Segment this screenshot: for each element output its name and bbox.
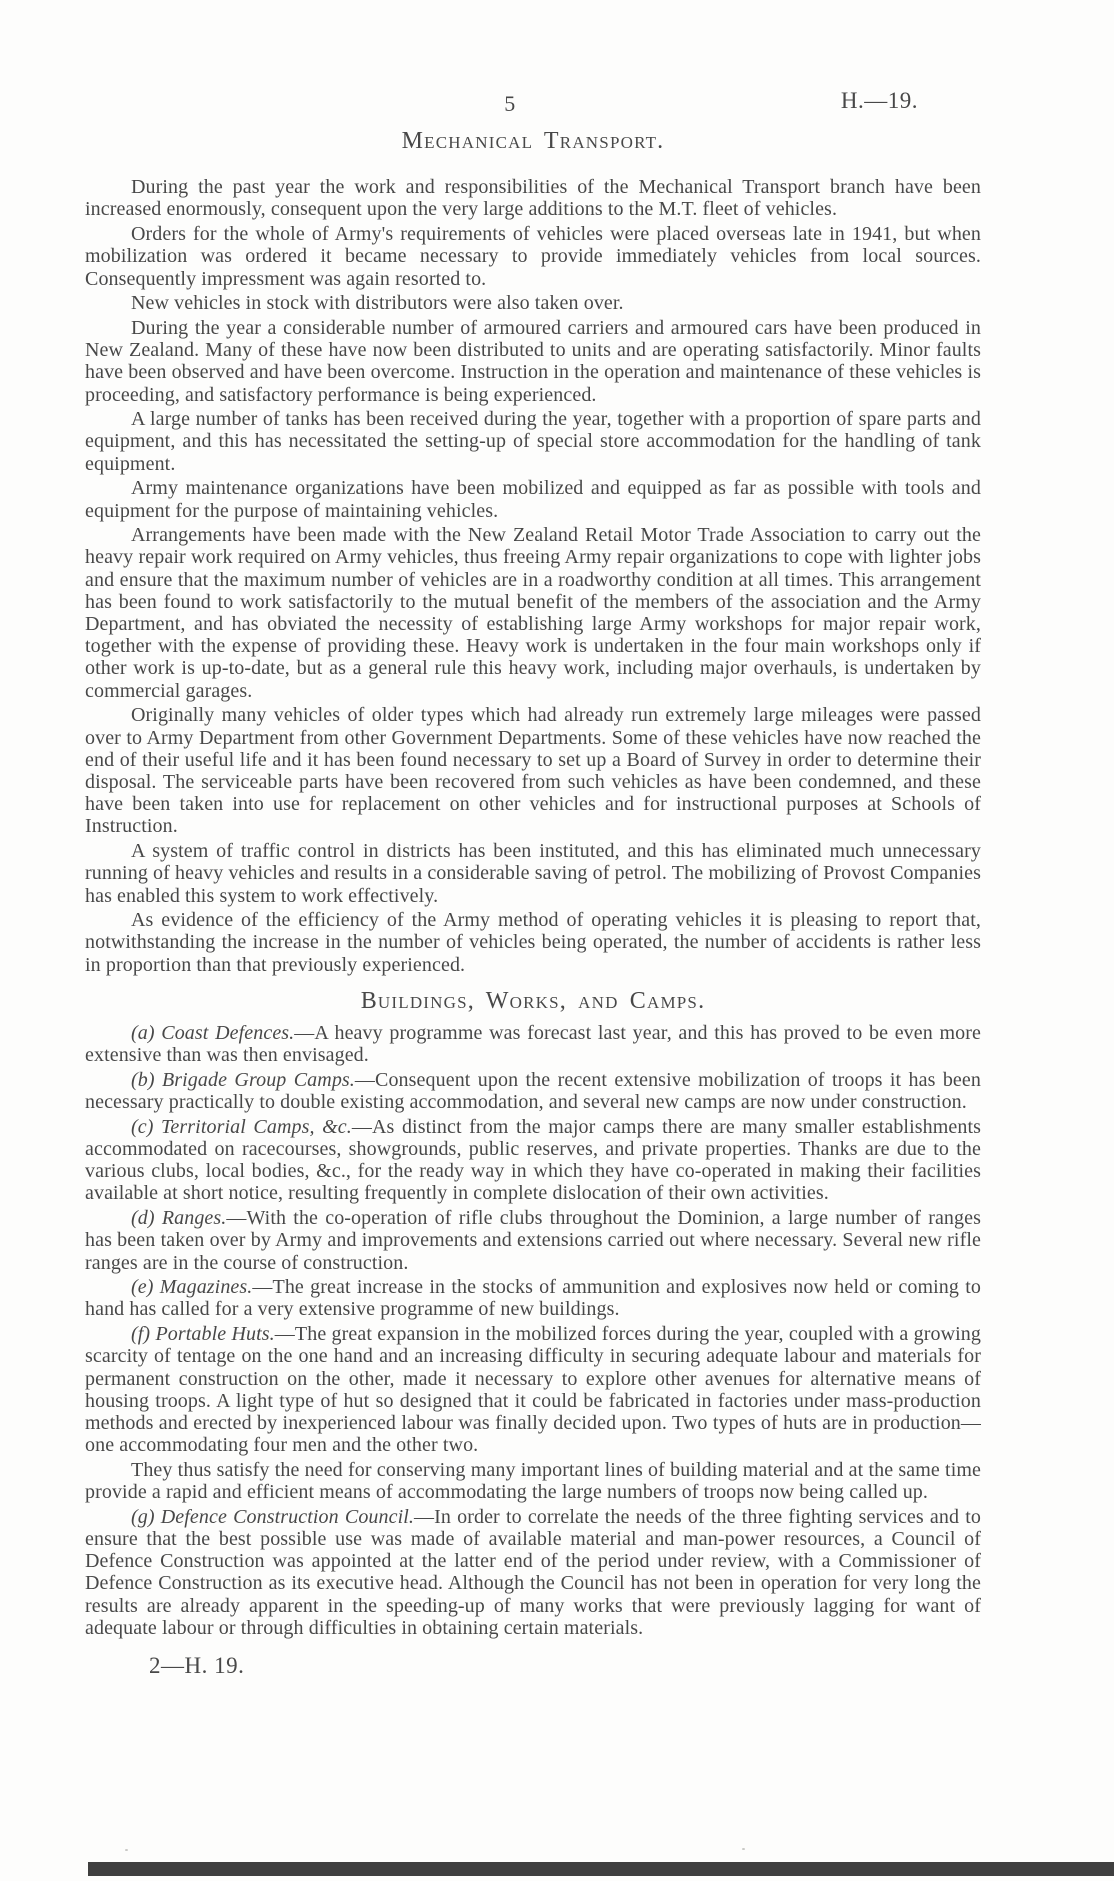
paragraph: Originally many vehicles of older types … xyxy=(85,704,981,837)
paragraph-lead: (g) Defence Construction Council. xyxy=(131,1506,414,1528)
scan-speck xyxy=(742,1848,745,1850)
scan-speck xyxy=(125,1849,128,1851)
paragraph-lead: (a) Coast Defences. xyxy=(131,1022,294,1044)
page-content: Mechanical Transport. During the past ye… xyxy=(85,0,981,1677)
paragraph-lead: (e) Magazines. xyxy=(131,1276,252,1298)
paragraph-lead: (d) Ranges. xyxy=(131,1207,226,1229)
paragraph: (f) Portable Huts.—The great expansion i… xyxy=(85,1323,981,1456)
paragraph: Arrangements have been made with the New… xyxy=(85,524,981,702)
scan-edge-bar xyxy=(88,1862,1114,1876)
document-page: 5 H.—19. Mechanical Transport. During th… xyxy=(0,0,1114,1881)
paragraph: New vehicles in stock with distributors … xyxy=(85,292,981,314)
paragraph: A large number of tanks has been receive… xyxy=(85,408,981,475)
paragraph-text: They thus satisfy the need for conservin… xyxy=(85,1459,981,1503)
paragraph-lead: (b) Brigade Group Camps. xyxy=(131,1069,355,1091)
paragraph: They thus satisfy the need for conservin… xyxy=(85,1459,981,1503)
paragraph: Army maintenance organizations have been… xyxy=(85,477,981,521)
section-heading-buildings-works-camps: Buildings, Works, and Camps. xyxy=(85,990,981,1012)
paragraph: (g) Defence Construction Council.—In ord… xyxy=(85,1506,981,1639)
paragraph: As evidence of the efficiency of the Arm… xyxy=(85,909,981,976)
paragraph: During the year a considerable number of… xyxy=(85,317,981,406)
paragraph-lead: (c) Territorial Camps, &c. xyxy=(131,1116,352,1138)
paragraph: During the past year the work and respon… xyxy=(85,176,981,220)
section-heading-mechanical-transport: Mechanical Transport. xyxy=(85,130,981,152)
paragraph: (e) Magazines.—The great increase in the… xyxy=(85,1276,981,1320)
paragraph: Orders for the whole of Army's requireme… xyxy=(85,223,981,290)
paragraph-lead: (f) Portable Huts. xyxy=(131,1323,275,1345)
paragraph: A system of traffic control in districts… xyxy=(85,840,981,907)
paragraph: (c) Territorial Camps, &c.—As distinct f… xyxy=(85,1116,981,1205)
page-footer-signature: 2—H. 19. xyxy=(149,1655,981,1677)
paragraph: (d) Ranges.—With the co-operation of rif… xyxy=(85,1207,981,1274)
paragraph: (b) Brigade Group Camps.—Consequent upon… xyxy=(85,1069,981,1113)
paragraph: (a) Coast Defences.—A heavy programme wa… xyxy=(85,1022,981,1066)
